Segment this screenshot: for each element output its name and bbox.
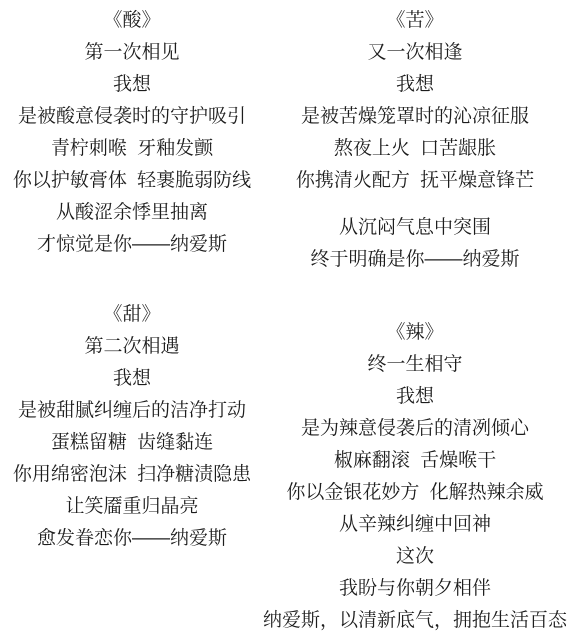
poem-tian: 《甜》 第二次相遇 我想 是被甜腻纠缠后的洁净打动 蛋糕留糖 齿缝黏连 你用绵密… <box>7 299 257 555</box>
poem-la-line: 你以金银花妙方 化解热辣余威 <box>249 477 576 509</box>
poem-tian-line: 你用绵密泡沫 扫净糖渍隐患 <box>7 459 257 491</box>
poem-suan-line: 从酸涩余悸里抽离 <box>7 197 257 229</box>
poem-tian-line: 让笑靥重归晶亮 <box>7 491 257 523</box>
poem-tian-title: 《甜》 <box>7 299 257 331</box>
poem-ku-line: 你携清火配方 抚平燥意锋芒 <box>249 165 576 197</box>
poem-suan-line: 是被酸意侵袭时的守护吸引 <box>7 101 257 133</box>
poem-tian-line: 愈发眷恋你——纳爱斯 <box>7 523 257 555</box>
poem-suan-line: 我想 <box>7 69 257 101</box>
poem-suan: 《酸》 第一次相见 我想 是被酸意侵袭时的守护吸引 青柠刺喉 牙釉发颤 你以护敏… <box>7 5 257 261</box>
poem-suan-line: 你以护敏膏体 轻裹脆弱防线 <box>7 165 257 197</box>
poem-suan-line: 第一次相见 <box>7 37 257 69</box>
poem-la-line: 是为辣意侵袭后的清冽倾心 <box>249 413 576 445</box>
poem-ku-line: 熬夜上火 口苦龈胀 <box>249 133 576 165</box>
poem-la-line: 我盼与你朝夕相伴 <box>249 573 576 605</box>
poem-tian-line: 第二次相遇 <box>7 331 257 363</box>
poem-suan-line: 青柠刺喉 牙釉发颤 <box>7 133 257 165</box>
poem-ku-line: 终于明确是你——纳爱斯 <box>249 244 576 276</box>
poem-tian-line: 蛋糕留糖 齿缝黏连 <box>7 427 257 459</box>
poem-la-line: 从辛辣纠缠中回神 <box>249 509 576 541</box>
poem-tian-line: 我想 <box>7 363 257 395</box>
stanza-gap <box>249 197 576 212</box>
poem-ku: 《苦》 又一次相逢 我想 是被苦燥笼罩时的沁凉征服 熬夜上火 口苦龈胀 你携清火… <box>249 5 576 276</box>
poem-ku-line: 是被苦燥笼罩时的沁凉征服 <box>249 101 576 133</box>
poem-la-title: 《辣》 <box>249 317 576 349</box>
poem-la: 《辣》 终一生相守 我想 是为辣意侵袭后的清冽倾心 椒麻翻滚 舌燥喉干 你以金银… <box>249 317 576 637</box>
poem-la-line: 椒麻翻滚 舌燥喉干 <box>249 445 576 477</box>
poem-ku-title: 《苦》 <box>249 5 576 37</box>
poem-la-line: 纳爱斯，以清新底气，拥抱生活百态 <box>249 605 576 637</box>
poem-la-line: 我想 <box>249 381 576 413</box>
poem-la-line: 这次 <box>249 541 576 573</box>
poem-suan-title: 《酸》 <box>7 5 257 37</box>
document-page: 《酸》 第一次相见 我想 是被酸意侵袭时的守护吸引 青柠刺喉 牙釉发颤 你以护敏… <box>0 0 576 638</box>
poem-ku-line: 我想 <box>249 69 576 101</box>
poem-ku-line: 又一次相逢 <box>249 37 576 69</box>
poem-la-line: 终一生相守 <box>249 349 576 381</box>
poem-tian-line: 是被甜腻纠缠后的洁净打动 <box>7 395 257 427</box>
poem-ku-line: 从沉闷气息中突围 <box>249 212 576 244</box>
poem-suan-line: 才惊觉是你——纳爱斯 <box>7 229 257 261</box>
